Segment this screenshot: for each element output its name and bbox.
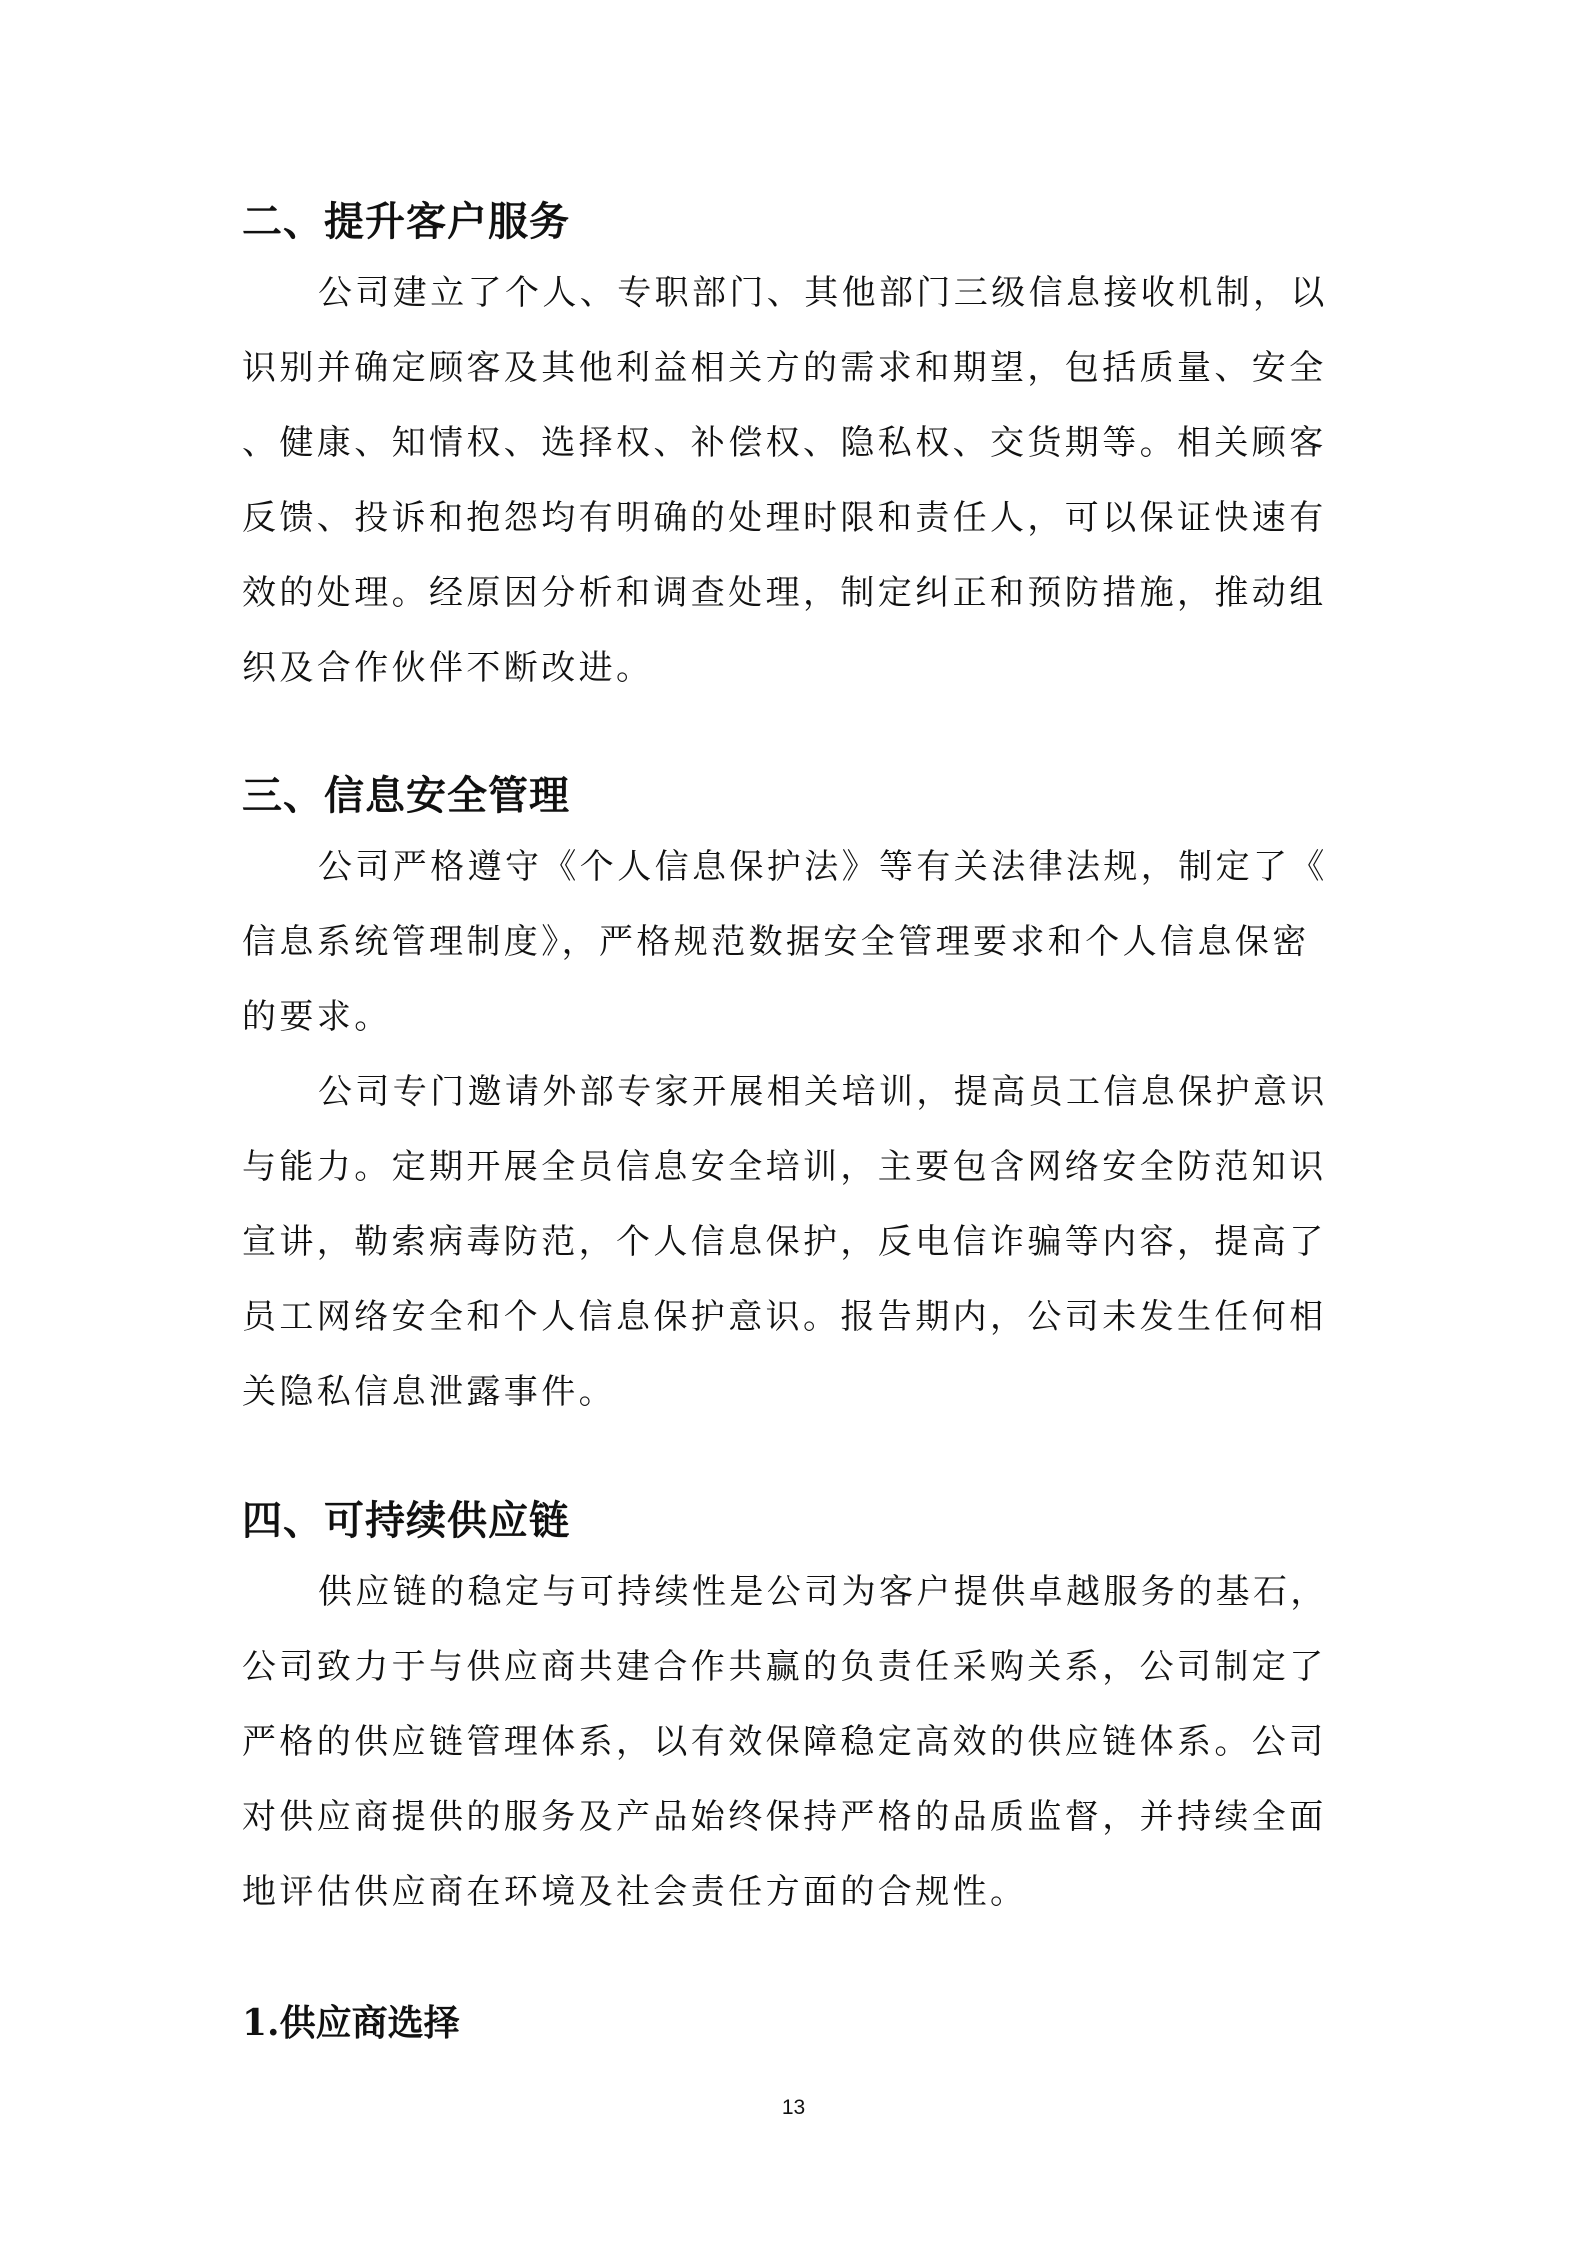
text-line: 关隐私信息泄露事件。: [242, 1355, 1352, 1430]
text-line: 信息系统管理制度》，严格规范数据安全管理要求和个人信息保密: [242, 905, 1352, 980]
text-line: 识别并确定顾客及其他利益相关方的需求和期望，包括质量、安全: [242, 331, 1352, 406]
paragraph-information-security-1: 公司严格遵守《个人信息保护法》等有关法律法规，制定了《 信息系统管理制度》，严格…: [242, 830, 1352, 1055]
text-line: 公司专门邀请外部专家开展相关培训，提高员工信息保护意识: [242, 1055, 1352, 1130]
text-line: 对供应商提供的服务及产品始终保持严格的品质监督，并持续全面: [242, 1780, 1352, 1855]
text-line: 员工网络安全和个人信息保护意识。报告期内，公司未发生任何相: [242, 1280, 1352, 1355]
section-heading-customer-service: 二、提升客户服务: [242, 197, 1352, 247]
text-line: 供应链的稳定与可持续性是公司为客户提供卓越服务的基石，: [242, 1555, 1352, 1630]
text-line: 公司建立了个人、专职部门、其他部门三级信息接收机制，以: [242, 256, 1352, 331]
text-line: 反馈、投诉和抱怨均有明确的处理时限和责任人，可以保证快速有: [242, 481, 1352, 556]
text-line: 地评估供应商在环境及社会责任方面的合规性。: [242, 1855, 1352, 1930]
document-page: 二、提升客户服务 公司建立了个人、专职部门、其他部门三级信息接收机制，以 识别并…: [0, 0, 1587, 2245]
paragraph-sustainable-supply-chain: 供应链的稳定与可持续性是公司为客户提供卓越服务的基石， 公司致力于与供应商共建合…: [242, 1555, 1352, 1930]
paragraph-information-security-2: 公司专门邀请外部专家开展相关培训，提高员工信息保护意识 与能力。定期开展全员信息…: [242, 1055, 1352, 1430]
text-line: 、健康、知情权、选择权、补偿权、隐私权、交货期等。相关顾客: [242, 406, 1352, 481]
section-heading-sustainable-supply-chain: 四、可持续供应链: [242, 1496, 1352, 1546]
text-line: 的要求。: [242, 980, 1352, 1055]
text-line: 严格的供应链管理体系，以有效保障稳定高效的供应链体系。公司: [242, 1705, 1352, 1780]
text-line: 效的处理。经原因分析和调查处理，制定纠正和预防措施，推动组: [242, 556, 1352, 631]
subheading-supplier-selection: 1.供应商选择: [242, 2000, 1352, 2046]
page-number: 13: [0, 2096, 1587, 2120]
paragraph-customer-service: 公司建立了个人、专职部门、其他部门三级信息接收机制，以 识别并确定顾客及其他利益…: [242, 256, 1352, 706]
section-heading-information-security: 三、信息安全管理: [242, 771, 1352, 821]
text-line: 宣讲，勒索病毒防范，个人信息保护，反电信诈骗等内容，提高了: [242, 1205, 1352, 1280]
text-line: 公司致力于与供应商共建合作共赢的负责任采购关系，公司制定了: [242, 1630, 1352, 1705]
text-line: 织及合作伙伴不断改进。: [242, 631, 1352, 706]
text-line: 与能力。定期开展全员信息安全培训，主要包含网络安全防范知识: [242, 1130, 1352, 1205]
text-line: 公司严格遵守《个人信息保护法》等有关法律法规，制定了《: [242, 830, 1352, 905]
